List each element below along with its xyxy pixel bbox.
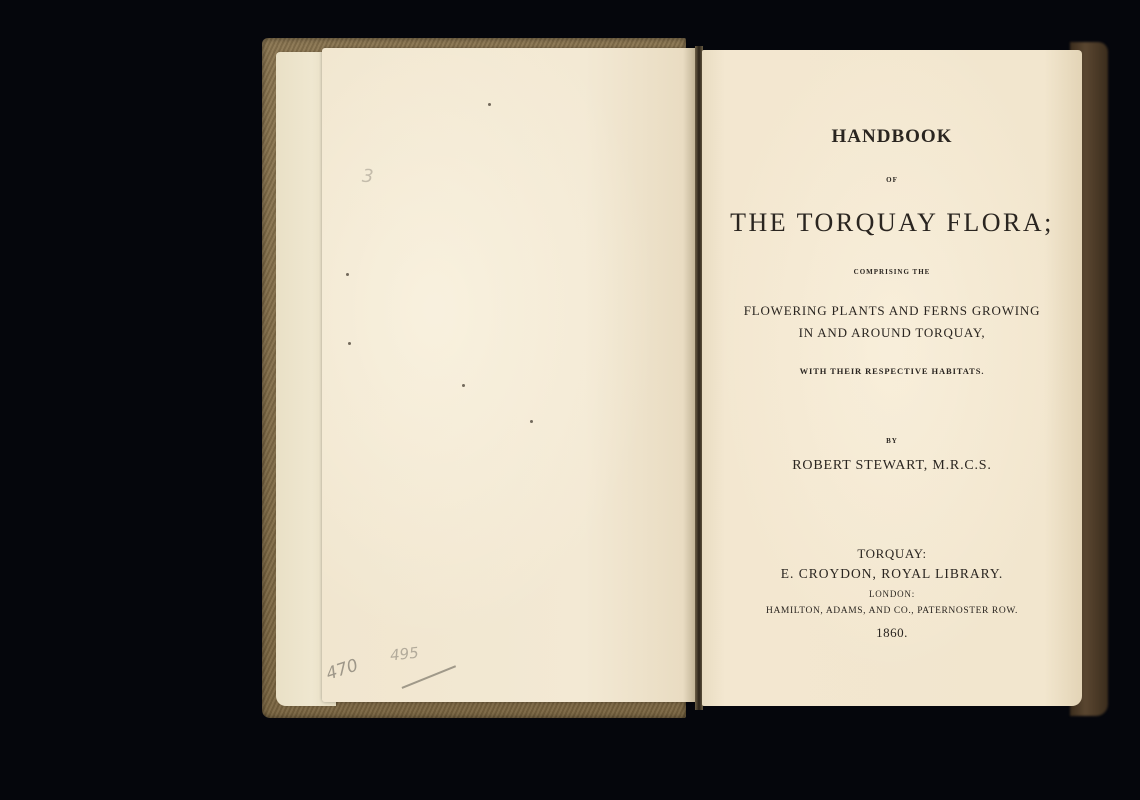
publisher: E. CROYDON, ROYAL LIBRARY.: [702, 566, 1082, 582]
subtitle-line-1: FLOWERING PLANTS AND FERNS GROWING: [702, 303, 1082, 319]
publication-place: TORQUAY:: [702, 546, 1082, 562]
publication-year: 1860.: [702, 625, 1082, 641]
publication-place-london: LONDON:: [702, 589, 1082, 599]
book-photograph: 470 495 3 HANDBOOK OF THE TORQUAY FLORA;…: [0, 0, 1140, 800]
foxing-spot: [530, 420, 533, 423]
comprising-text: COMPRISING THE: [702, 268, 1082, 276]
subtitle-habitats: WITH THEIR RESPECTIVE HABITATS.: [702, 366, 1082, 376]
pencil-note: 495: [389, 644, 419, 665]
foxing-spot: [488, 103, 491, 106]
left-page-verso: [322, 48, 698, 702]
subtitle-line-2: IN AND AROUND TORQUAY,: [702, 325, 1082, 341]
pencil-note: 3: [361, 166, 374, 188]
by-text: BY: [702, 437, 1082, 445]
book-title: THE TORQUAY FLORA;: [702, 208, 1082, 238]
publisher-london: HAMILTON, ADAMS, AND CO., PATERNOSTER RO…: [702, 606, 1082, 616]
title-connector-of: OF: [702, 176, 1082, 184]
foxing-spot: [462, 384, 465, 387]
book-heading: HANDBOOK: [702, 126, 1082, 148]
foxing-spot: [348, 342, 351, 345]
author-name: ROBERT STEWART, M.R.C.S.: [702, 458, 1082, 474]
foxing-spot: [346, 273, 349, 276]
